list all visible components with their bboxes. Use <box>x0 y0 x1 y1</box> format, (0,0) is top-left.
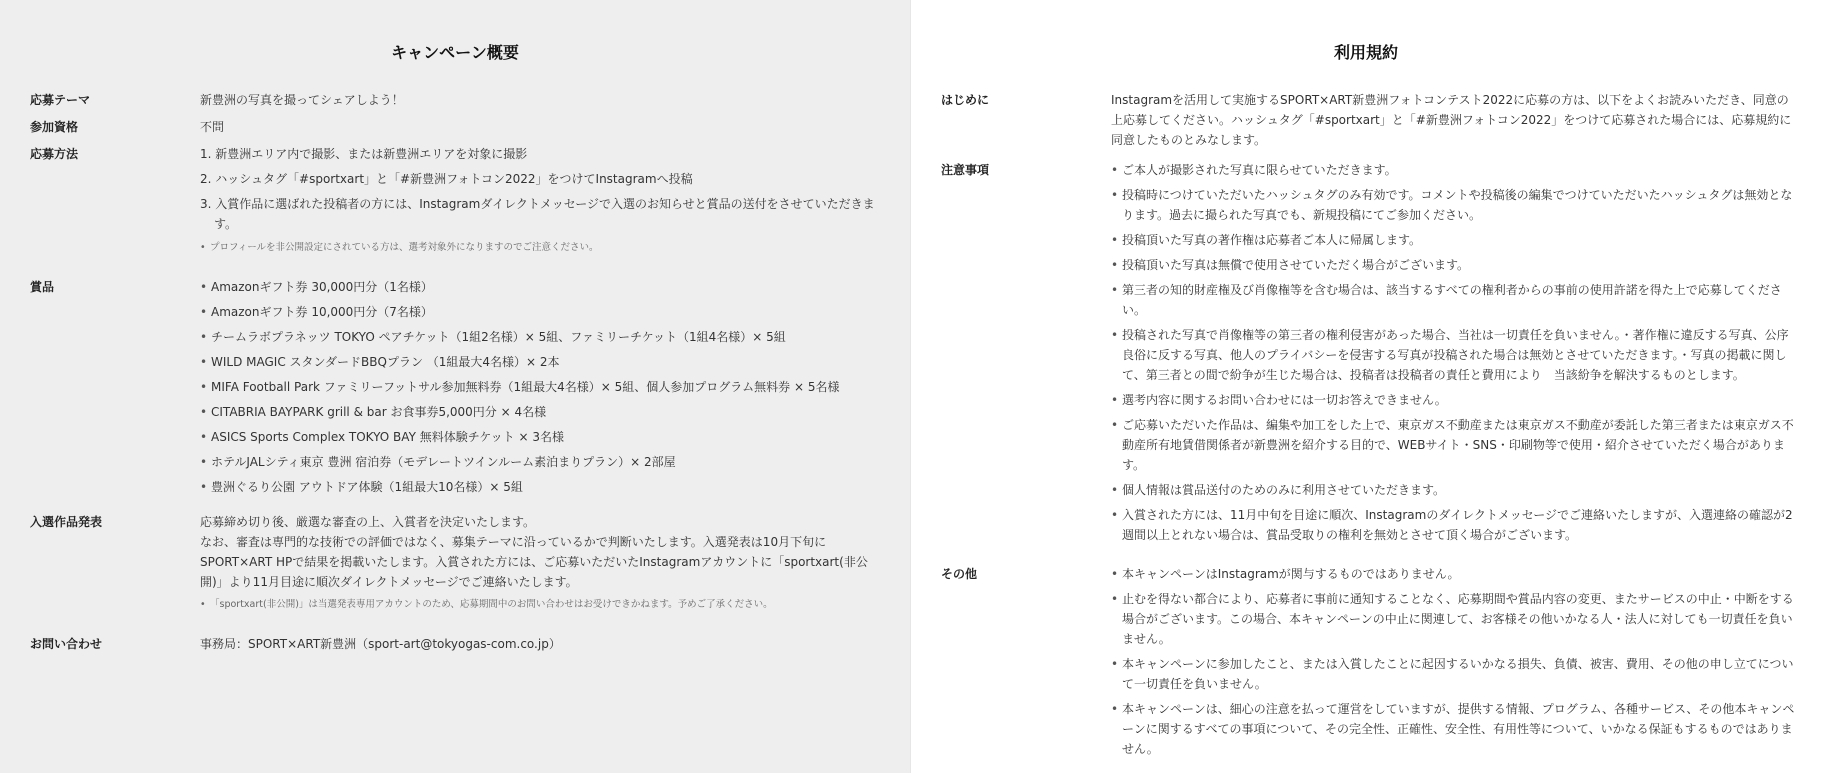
campaign-rows: 応募テーマ 新豊洲の写真を撮ってシェアしよう！ 参加資格 不問 応募方法 1. … <box>30 90 886 654</box>
prize-item: 豊洲ぐるり公園 アウトドア体験（1組最大10名様）× 5組 <box>200 477 886 497</box>
cautions-list: ご本人が撮影された写真に限らせていただきます。 投稿時につけていただいたハッシュ… <box>1111 160 1797 545</box>
other-item: 止むを得ない都合により、応募者に事前に通知することなく、応募期間や賞品内容の変更… <box>1111 589 1797 649</box>
caution-item: 第三者の知的財産権及び肖像権等を含む場合は、該当するすべての権利者からの事前の使… <box>1111 280 1797 320</box>
method-step: 1. 新豊洲エリア内で撮影、または新豊洲エリアを対象に撮影 <box>200 144 886 164</box>
prize-item: CITABRIA BAYPARK grill & bar お食事券5,000円分… <box>200 402 886 422</box>
announcement-line: なお、審査は専門的な技術での評価ではなく、募集テーマに沿っているかで判断いたしま… <box>200 532 886 592</box>
row-cautions: 注意事項 ご本人が撮影された写真に限らせていただきます。 投稿時につけていただい… <box>941 160 1797 550</box>
contact-label: お問い合わせ <box>30 634 200 654</box>
caution-item: 投稿された写真で肖像権等の第三者の権利侵害があった場合、当社は一切責任を負いませ… <box>1111 325 1797 385</box>
caution-item: 投稿頂いた写真の著作権は応募者ご本人に帰属します。 <box>1111 230 1797 250</box>
campaign-overview-panel: キャンペーン概要 応募テーマ 新豊洲の写真を撮ってシェアしよう！ 参加資格 不問… <box>0 0 911 773</box>
method-step: 2. ハッシュタグ「#sportxart」と「#新豊洲フォトコン2022」をつけ… <box>200 169 886 189</box>
prizes-label: 賞品 <box>30 277 200 502</box>
prizes-list: Amazonギフト券 30,000円分（1名様） Amazonギフト券 10,0… <box>200 277 886 497</box>
cautions-value: ご本人が撮影された写真に限らせていただきます。 投稿時につけていただいたハッシュ… <box>1111 160 1797 550</box>
eligibility-label: 参加資格 <box>30 117 200 137</box>
prize-item: Amazonギフト券 10,000円分（7名様） <box>200 302 886 322</box>
caution-item: 選考内容に関するお問い合わせには一切お答えできません。 <box>1111 390 1797 410</box>
cautions-label: 注意事項 <box>941 160 1111 550</box>
caution-item: ご応募いただいた作品は、編集や加工をした上で、東京ガス不動産または東京ガス不動産… <box>1111 415 1797 475</box>
method-value: 1. 新豊洲エリア内で撮影、または新豊洲エリアを対象に撮影 2. ハッシュタグ「… <box>200 144 886 257</box>
intro-value: Instagramを活用して実施するSPORT×ART新豊洲フォトコンテスト20… <box>1111 90 1797 150</box>
row-eligibility: 参加資格 不問 <box>30 117 886 137</box>
method-step: 3. 入賞作品に選ばれた投稿者の方には、Instagramダイレクトメッセージで… <box>200 194 886 234</box>
terms-panel: 利用規約 はじめに Instagramを活用して実施するSPORT×ART新豊洲… <box>911 0 1821 773</box>
caution-item: 投稿時につけていただいたハッシュタグのみ有効です。コメントや投稿後の編集でつけて… <box>1111 185 1797 225</box>
prize-item: ホテルJALシティ東京 豊洲 宿泊券（モデレートツインルーム素泊まりプラン）× … <box>200 452 886 472</box>
other-list: 本キャンペーンはInstagramが関与するものではありません。 止むを得ない都… <box>1111 564 1797 759</box>
terms-title: 利用規約 <box>911 40 1821 63</box>
other-item: 本キャンペーンは、細心の注意を払って運営をしていますが、提供する情報、プログラム… <box>1111 699 1797 759</box>
row-method: 応募方法 1. 新豊洲エリア内で撮影、または新豊洲エリアを対象に撮影 2. ハッ… <box>30 144 886 257</box>
other-item: 本キャンペーンはInstagramが関与するものではありません。 <box>1111 564 1797 584</box>
prize-item: Amazonギフト券 30,000円分（1名様） <box>200 277 886 297</box>
other-label: その他 <box>941 564 1111 764</box>
announcement-label: 入選作品発表 <box>30 512 200 614</box>
announcement-line: 応募締め切り後、厳選な審査の上、入賞者を決定いたします。 <box>200 512 886 532</box>
row-intro: はじめに Instagramを活用して実施するSPORT×ART新豊洲フォトコン… <box>941 90 1797 150</box>
announcement-note: 「sportxart(非公開)」は当選発表専用アカウントのため、応募期間中のお問… <box>200 596 886 614</box>
announcement-value: 応募締め切り後、厳選な審査の上、入賞者を決定いたします。 なお、審査は専門的な技… <box>200 512 886 614</box>
caution-item: 入賞された方には、11月中旬を目途に順次、Instagramのダイレクトメッセー… <box>1111 505 1797 545</box>
prize-item: ASICS Sports Complex TOKYO BAY 無料体験チケット … <box>200 427 886 447</box>
theme-value: 新豊洲の写真を撮ってシェアしよう！ <box>200 90 886 110</box>
row-other: その他 本キャンペーンはInstagramが関与するものではありません。 止むを… <box>941 564 1797 764</box>
eligibility-value: 不問 <box>200 117 886 137</box>
other-value: 本キャンペーンはInstagramが関与するものではありません。 止むを得ない都… <box>1111 564 1797 764</box>
contact-value: 事務局：SPORT×ART新豊洲（sport-art@tokyogas-com.… <box>200 634 886 654</box>
method-note: プロフィールを非公開設定にされている方は、選考対象外になりますのでご注意ください… <box>200 239 886 257</box>
caution-item: ご本人が撮影された写真に限らせていただきます。 <box>1111 160 1797 180</box>
method-steps: 1. 新豊洲エリア内で撮影、または新豊洲エリアを対象に撮影 2. ハッシュタグ「… <box>200 144 886 234</box>
other-item: 本キャンペーンに参加したこと、または入賞したことに起因するいかなる損失、負債、被… <box>1111 654 1797 694</box>
prizes-value: Amazonギフト券 30,000円分（1名様） Amazonギフト券 10,0… <box>200 277 886 502</box>
prize-item: WILD MAGIC スタンダードBBQプラン （1組最大4名様）× 2本 <box>200 352 886 372</box>
caution-item: 投稿頂いた写真は無償で使用させていただく場合がございます。 <box>1111 255 1797 275</box>
row-theme: 応募テーマ 新豊洲の写真を撮ってシェアしよう！ <box>30 90 886 110</box>
row-prizes: 賞品 Amazonギフト券 30,000円分（1名様） Amazonギフト券 1… <box>30 277 886 502</box>
row-contact: お問い合わせ 事務局：SPORT×ART新豊洲（sport-art@tokyog… <box>30 634 886 654</box>
campaign-title: キャンペーン概要 <box>0 40 910 63</box>
theme-label: 応募テーマ <box>30 90 200 110</box>
caution-item: 個人情報は賞品送付のためのみに利用させていただきます。 <box>1111 480 1797 500</box>
terms-rows: はじめに Instagramを活用して実施するSPORT×ART新豊洲フォトコン… <box>941 90 1797 764</box>
row-announcement: 入選作品発表 応募締め切り後、厳選な審査の上、入賞者を決定いたします。 なお、審… <box>30 512 886 614</box>
prize-item: チームラボプラネッツ TOKYO ペアチケット（1組2名様）× 5組、ファミリー… <box>200 327 886 347</box>
intro-label: はじめに <box>941 90 1111 150</box>
prize-item: MIFA Football Park ファミリーフットサル参加無料券（1組最大4… <box>200 377 886 397</box>
method-label: 応募方法 <box>30 144 200 257</box>
